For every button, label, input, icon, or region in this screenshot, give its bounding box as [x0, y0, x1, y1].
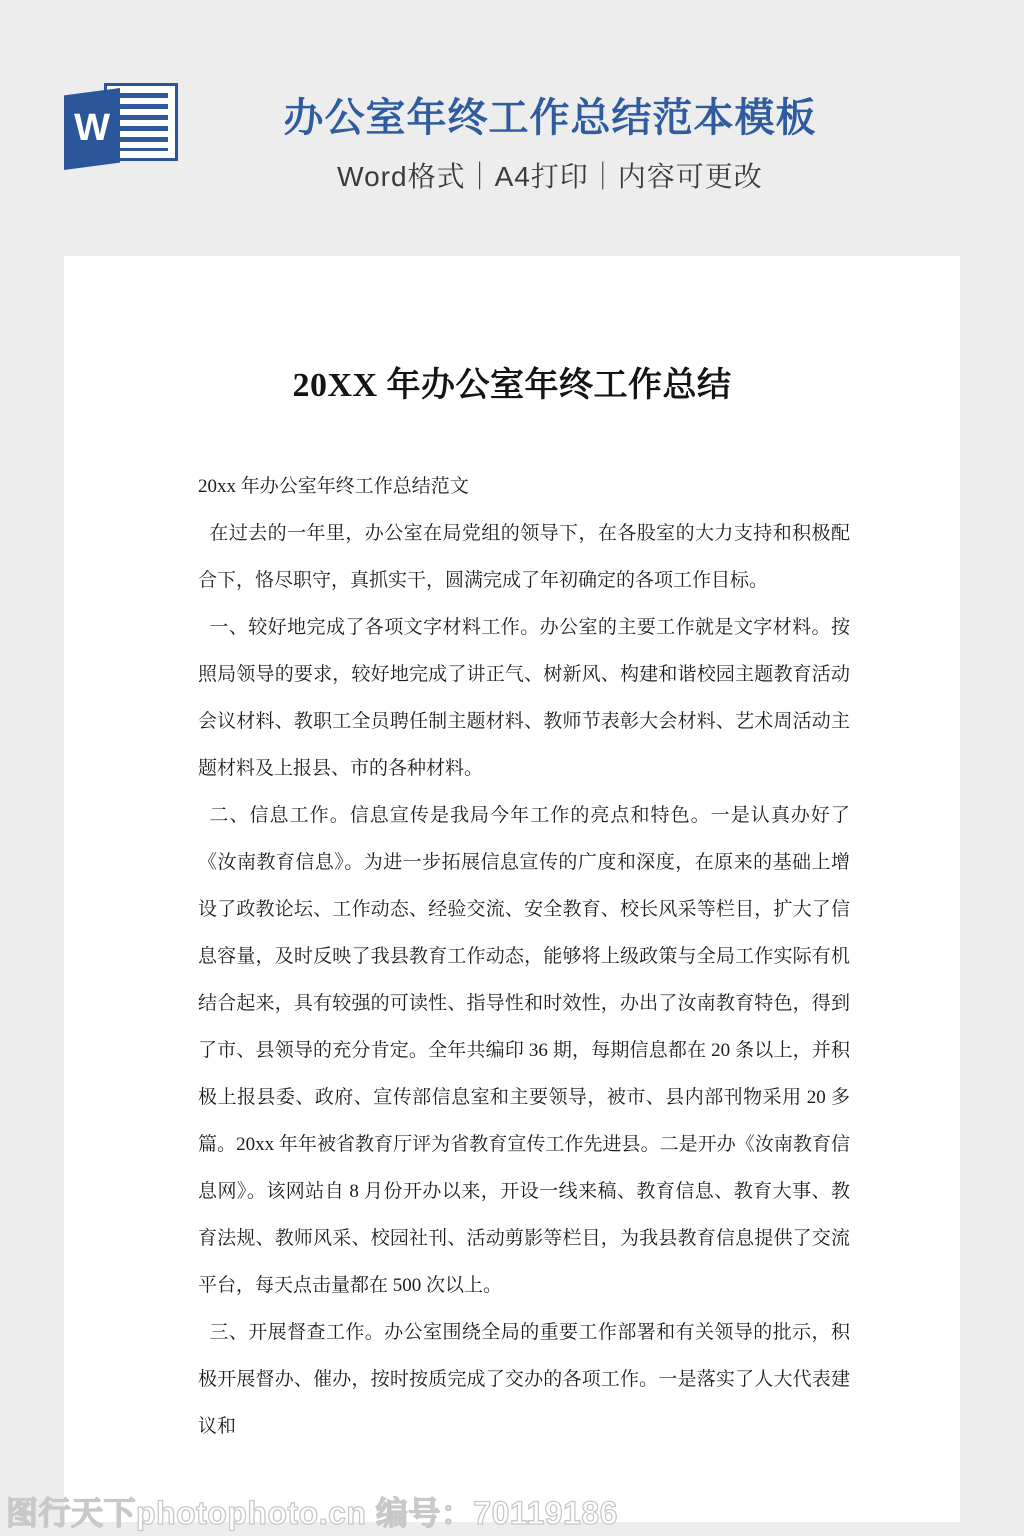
template-title: 办公室年终工作总结范本模板: [76, 94, 1024, 142]
document-paragraph: 一、较好地完成了各项文字材料工作。办公室的主要工作就是文字材料。按照局领导的要求…: [198, 604, 850, 792]
document-paragraph: 三、开展督查工作。办公室围绕全局的重要工作部署和有关领导的批示，积极开展督办、催…: [198, 1309, 850, 1450]
document-paragraph: 20xx 年办公室年终工作总结范文: [198, 463, 850, 510]
document-body: 20xx 年办公室年终工作总结范文 在过去的一年里，办公室在局党组的领导下，在各…: [198, 463, 850, 1450]
document-paragraph: 在过去的一年里，办公室在局党组的领导下，在各股室的大力支持和积极配合下，恪尽职守…: [198, 510, 850, 604]
document-title: 20XX 年办公室年终工作总结: [64, 366, 960, 406]
header-text-block: 办公室年终工作总结范本模板 Word格式｜A4打印｜内容可更改: [0, 94, 1024, 194]
word-icon-cover: W: [64, 88, 120, 170]
document-paragraph: 二、信息工作。信息宣传是我局今年工作的亮点和特色。一是认真办好了《汝南教育信息》…: [198, 792, 850, 1309]
document-page: 20XX 年办公室年终工作总结 20xx 年办公室年终工作总结范文 在过去的一年…: [64, 256, 960, 1522]
template-subtitle: Word格式｜A4打印｜内容可更改: [76, 160, 1024, 194]
word-icon-letter: W: [74, 109, 110, 149]
template-header: W 办公室年终工作总结范本模板 Word格式｜A4打印｜内容可更改: [0, 0, 1024, 256]
watermark-text: 图行天下photophoto.cn 编号：70119186: [6, 1488, 618, 1534]
